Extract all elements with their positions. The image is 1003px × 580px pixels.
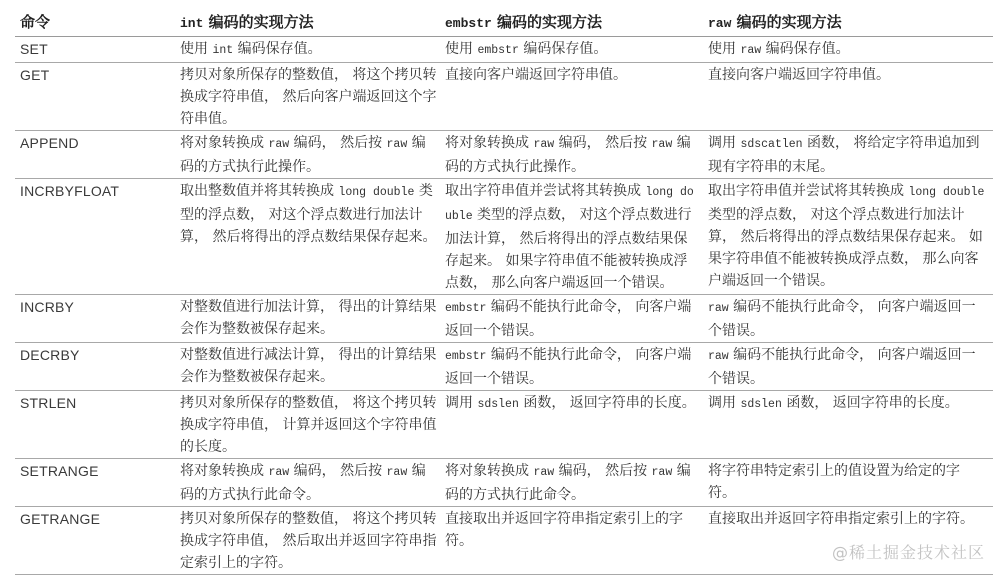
text-segment: 调用 — [445, 395, 477, 411]
int-impl-cell: 对整数值进行减法计算， 得出的计算结果会作为整数被保存起来。 — [180, 343, 445, 391]
raw-impl-cell: 将字符串特定索引上的值设置为给定的字符。 — [708, 459, 993, 507]
int-impl-cell: 拷贝对象所保存的整数值， 将这个拷贝转换成字符串值， 计算并返回这个字符串值的长… — [180, 391, 445, 459]
text-segment: 直接向客户端返回字符串值。 — [708, 67, 890, 83]
text-segment: 调用 — [708, 135, 740, 151]
inline-code: raw — [387, 138, 408, 151]
text-segment: 将对象转换成 — [445, 135, 533, 151]
embstr-impl-cell: 直接向客户端返回字符串值。 — [445, 63, 708, 131]
cell-text: raw 编码不能执行此命令， 向客户端返回一个错误。 — [708, 344, 993, 390]
cell-text: 将对象转换成 raw 编码， 然后按 raw 编码的方式执行此命令。 — [445, 460, 708, 506]
embstr-impl-cell: embstr 编码不能执行此命令， 向客户端返回一个错误。 — [445, 343, 708, 391]
inline-code: embstr — [445, 350, 486, 363]
column-header-command: 命令 — [15, 10, 180, 37]
raw-impl-cell: 使用 raw 编码保存值。 — [708, 37, 993, 63]
cell-text: 将对象转换成 raw 编码， 然后按 raw 编码的方式执行此命令。 — [180, 460, 445, 506]
cell-text: 将对象转换成 raw 编码， 然后按 raw 编码的方式执行此操作。 — [180, 132, 445, 178]
command-cell: STRLEN — [15, 391, 180, 459]
column-header-int: int 编码的实现方法 — [180, 10, 445, 37]
inline-code: raw — [708, 350, 729, 363]
embstr-impl-cell: 将对象转换成 raw 编码， 然后按 raw 编码的方式执行此命令。 — [445, 459, 708, 507]
inline-code: embstr — [445, 302, 486, 315]
cell-text: 使用 raw 编码保存值。 — [708, 38, 993, 62]
header-text: 编码的实现方法 — [203, 13, 313, 31]
text-segment: 使用 — [445, 41, 477, 57]
inline-code: int — [212, 44, 233, 57]
table-row: SETRANGE将对象转换成 raw 编码， 然后按 raw 编码的方式执行此命… — [15, 459, 993, 507]
command-cell: INCRBY — [15, 295, 180, 343]
command-cell: SETRANGE — [15, 459, 180, 507]
int-impl-cell: 使用 int 编码保存值。 — [180, 37, 445, 63]
text-segment: 函数， 返回字符串的长度。 — [519, 395, 696, 411]
cell-text: 直接取出并返回字符串指定索引上的字符。 — [445, 508, 708, 552]
header-text: 编码的实现方法 — [731, 13, 841, 31]
cell-text: 使用 embstr 编码保存值。 — [445, 38, 708, 62]
string-encoding-commands-table: 命令int 编码的实现方法embstr 编码的实现方法raw 编码的实现方法 S… — [15, 10, 993, 575]
embstr-impl-cell: 取出字符串值并尝试将其转换成 long double 类型的浮点数， 对这个浮点… — [445, 179, 708, 295]
int-impl-cell: 取出整数值并将其转换成 long double 类型的浮点数， 对这个浮点数进行… — [180, 179, 445, 295]
cell-text: 调用 sdslen 函数， 返回字符串的长度。 — [708, 392, 993, 416]
cell-text: 拷贝对象所保存的整数值， 将这个拷贝转换成字符串值， 然后向客户端返回这个字符串… — [180, 64, 445, 130]
int-impl-cell: 将对象转换成 raw 编码， 然后按 raw 编码的方式执行此操作。 — [180, 131, 445, 179]
raw-impl-cell: raw 编码不能执行此命令， 向客户端返回一个错误。 — [708, 295, 993, 343]
inline-code: sdslen — [740, 398, 781, 411]
inline-code: raw — [533, 138, 554, 151]
cell-text: 拷贝对象所保存的整数值， 将这个拷贝转换成字符串值， 然后取出并返回字符串指定索… — [180, 508, 445, 574]
embstr-impl-cell: embstr 编码不能执行此命令， 向客户端返回一个错误。 — [445, 295, 708, 343]
inline-code: raw — [533, 466, 554, 479]
inline-code: raw — [387, 466, 408, 479]
cell-text: 将对象转换成 raw 编码， 然后按 raw 编码的方式执行此操作。 — [445, 132, 708, 178]
cell-text: 取出字符串值并尝试将其转换成 long double 类型的浮点数， 对这个浮点… — [445, 180, 708, 294]
cell-text: raw 编码不能执行此命令， 向客户端返回一个错误。 — [708, 296, 993, 342]
inline-code: raw — [740, 44, 761, 57]
inline-code: raw — [268, 138, 289, 151]
command-cell: INCRBYFLOAT — [15, 179, 180, 295]
text-segment: 直接向客户端返回字符串值。 — [445, 67, 627, 83]
int-impl-cell: 对整数值进行加法计算， 得出的计算结果会作为整数被保存起来。 — [180, 295, 445, 343]
header-text: 命令 — [20, 13, 50, 31]
inline-code: embstr — [477, 44, 518, 57]
command-cell: GET — [15, 63, 180, 131]
text-segment: 编码不能执行此命令， 向客户端返回一个错误。 — [708, 299, 976, 339]
text-segment: 使用 — [180, 41, 212, 57]
table-row: INCRBYFLOAT取出整数值并将其转换成 long double 类型的浮点… — [15, 179, 993, 295]
text-segment: 取出整数值并将其转换成 — [180, 183, 338, 199]
int-impl-cell: 拷贝对象所保存的整数值， 将这个拷贝转换成字符串值， 然后向客户端返回这个字符串… — [180, 63, 445, 131]
table-row: STRLEN拷贝对象所保存的整数值， 将这个拷贝转换成字符串值， 计算并返回这个… — [15, 391, 993, 459]
table-row: INCRBY对整数值进行加法计算， 得出的计算结果会作为整数被保存起来。embs… — [15, 295, 993, 343]
raw-impl-cell: 取出字符串值并尝试将其转换成 long double 类型的浮点数， 对这个浮点… — [708, 179, 993, 295]
text-segment: 拷贝对象所保存的整数值， 将这个拷贝转换成字符串值， 计算并返回这个字符串值的长… — [180, 395, 436, 455]
inline-code: sdscatlen — [740, 138, 802, 151]
embstr-impl-cell: 调用 sdslen 函数， 返回字符串的长度。 — [445, 391, 708, 459]
text-segment: 编码， 然后按 — [289, 135, 386, 151]
text-segment: 类型的浮点数， 对这个浮点数进行加法计算， 然后将得出的浮点数结果保存起来。 如… — [708, 207, 983, 289]
column-header-raw: raw 编码的实现方法 — [708, 10, 993, 37]
text-segment: 编码保存值。 — [761, 41, 849, 57]
cell-text: 直接向客户端返回字符串值。 — [708, 64, 993, 86]
inline-code: long double — [908, 186, 984, 199]
cell-text: 调用 sdslen 函数， 返回字符串的长度。 — [445, 392, 708, 416]
table-header-row: 命令int 编码的实现方法embstr 编码的实现方法raw 编码的实现方法 — [15, 10, 993, 37]
header-code-text: int — [180, 16, 203, 31]
text-segment: 取出字符串值并尝试将其转换成 — [445, 183, 645, 199]
watermark: @稀土掘金技术社区 — [832, 540, 985, 563]
table-row: APPEND将对象转换成 raw 编码， 然后按 raw 编码的方式执行此操作。… — [15, 131, 993, 179]
cell-text: 调用 sdscatlen 函数， 将给定字符串追加到现有字符串的末尾。 — [708, 132, 993, 178]
raw-impl-cell: 调用 sdslen 函数， 返回字符串的长度。 — [708, 391, 993, 459]
cell-text: 将字符串特定索引上的值设置为给定的字符。 — [708, 460, 993, 504]
text-segment: 取出字符串值并尝试将其转换成 — [708, 183, 908, 199]
column-header-embstr: embstr 编码的实现方法 — [445, 10, 708, 37]
raw-impl-cell: 调用 sdscatlen 函数， 将给定字符串追加到现有字符串的末尾。 — [708, 131, 993, 179]
embstr-impl-cell: 将对象转换成 raw 编码， 然后按 raw 编码的方式执行此操作。 — [445, 131, 708, 179]
inline-code: raw — [268, 466, 289, 479]
text-segment: 直接取出并返回字符串指定索引上的字符。 — [708, 511, 974, 527]
cell-text: 对整数值进行加法计算， 得出的计算结果会作为整数被保存起来。 — [180, 296, 445, 340]
cell-text: embstr 编码不能执行此命令， 向客户端返回一个错误。 — [445, 344, 708, 390]
text-segment: 直接取出并返回字符串指定索引上的字符。 — [445, 511, 683, 549]
text-segment: 将对象转换成 — [180, 463, 268, 479]
command-cell: APPEND — [15, 131, 180, 179]
cell-text: 对整数值进行减法计算， 得出的计算结果会作为整数被保存起来。 — [180, 344, 445, 388]
table-row: SET使用 int 编码保存值。使用 embstr 编码保存值。使用 raw 编… — [15, 37, 993, 63]
embstr-impl-cell: 直接取出并返回字符串指定索引上的字符。 — [445, 507, 708, 575]
text-segment: 拷贝对象所保存的整数值， 将这个拷贝转换成字符串值， 然后取出并返回字符串指定索… — [180, 511, 436, 571]
header-text: 编码的实现方法 — [492, 13, 602, 31]
text-segment: 拷贝对象所保存的整数值， 将这个拷贝转换成字符串值， 然后向客户端返回这个字符串… — [180, 67, 436, 127]
inline-code: raw — [652, 138, 673, 151]
header-code-text: raw — [708, 16, 731, 31]
text-segment: 对整数值进行加法计算， 得出的计算结果会作为整数被保存起来。 — [180, 299, 436, 337]
text-segment: 使用 — [708, 41, 740, 57]
int-impl-cell: 拷贝对象所保存的整数值， 将这个拷贝转换成字符串值， 然后取出并返回字符串指定索… — [180, 507, 445, 575]
inline-code: raw — [708, 302, 729, 315]
command-cell: GETRANGE — [15, 507, 180, 575]
cell-text: embstr 编码不能执行此命令， 向客户端返回一个错误。 — [445, 296, 708, 342]
inline-code: raw — [652, 466, 673, 479]
text-segment: 类型的浮点数， 对这个浮点数进行加法计算， 然后将得出的浮点数结果保存起来。 如… — [445, 207, 692, 291]
embstr-impl-cell: 使用 embstr 编码保存值。 — [445, 37, 708, 63]
text-segment: 函数， 返回字符串的长度。 — [782, 395, 959, 411]
raw-impl-cell: raw 编码不能执行此命令， 向客户端返回一个错误。 — [708, 343, 993, 391]
text-segment: 将对象转换成 — [180, 135, 268, 151]
inline-code: sdslen — [477, 398, 518, 411]
text-segment: 将对象转换成 — [445, 463, 533, 479]
raw-impl-cell: 直接向客户端返回字符串值。 — [708, 63, 993, 131]
cell-text: 取出字符串值并尝试将其转换成 long double 类型的浮点数， 对这个浮点… — [708, 180, 993, 292]
text-segment: 对整数值进行减法计算， 得出的计算结果会作为整数被保存起来。 — [180, 347, 436, 385]
table-row: GET拷贝对象所保存的整数值， 将这个拷贝转换成字符串值， 然后向客户端返回这个… — [15, 63, 993, 131]
table-row: DECRBY对整数值进行减法计算， 得出的计算结果会作为整数被保存起来。embs… — [15, 343, 993, 391]
text-segment: 编码， 然后按 — [554, 463, 651, 479]
text-segment: 编码， 然后按 — [554, 135, 651, 151]
text-segment: 编码保存值。 — [233, 41, 321, 57]
command-cell: SET — [15, 37, 180, 63]
table-body: SET使用 int 编码保存值。使用 embstr 编码保存值。使用 raw 编… — [15, 37, 993, 575]
inline-code: long double — [338, 186, 414, 199]
text-segment: 编码保存值。 — [519, 41, 607, 57]
cell-text: 拷贝对象所保存的整数值， 将这个拷贝转换成字符串值， 计算并返回这个字符串值的长… — [180, 392, 445, 458]
cell-text: 直接取出并返回字符串指定索引上的字符。 — [708, 508, 993, 530]
header-code-text: embstr — [445, 16, 492, 31]
cell-text: 取出整数值并将其转换成 long double 类型的浮点数， 对这个浮点数进行… — [180, 180, 445, 248]
command-cell: DECRBY — [15, 343, 180, 391]
int-impl-cell: 将对象转换成 raw 编码， 然后按 raw 编码的方式执行此命令。 — [180, 459, 445, 507]
cell-text: 直接向客户端返回字符串值。 — [445, 64, 708, 86]
text-segment: 编码， 然后按 — [289, 463, 386, 479]
cell-text: 使用 int 编码保存值。 — [180, 38, 445, 62]
text-segment: 将字符串特定索引上的值设置为给定的字符。 — [708, 463, 960, 501]
text-segment: 调用 — [708, 395, 740, 411]
text-segment: 编码不能执行此命令， 向客户端返回一个错误。 — [708, 347, 976, 387]
